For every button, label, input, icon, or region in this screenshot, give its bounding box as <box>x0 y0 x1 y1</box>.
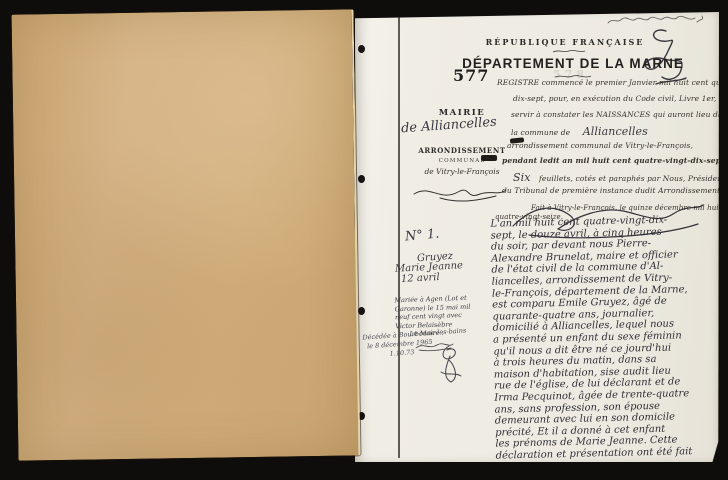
register-page: RÉPUBLIQUE FRANÇAISE DÉPARTEMENT DE LA M… <box>355 12 719 462</box>
mairie-commune-handwritten: de Alliancelles <box>401 115 498 137</box>
registre-line: du Tribunal de première instance dudit A… <box>502 186 723 195</box>
margin-rule <box>398 17 400 458</box>
birth-act-text: L'an mil huit cent quatre-vingt-dix- sep… <box>490 213 727 462</box>
binding-hole <box>358 175 365 183</box>
republic-title: RÉPUBLIQUE FRANÇAISE <box>460 37 670 47</box>
registre-line: dix-sept, pour, en exécution du Code civ… <box>513 94 728 103</box>
arrondissement-name: de Vitry-le-François <box>407 167 517 176</box>
registre-line: REGISTRE commencé le premier Janvier mil… <box>497 78 728 87</box>
registre-line-print: la commune de <box>511 128 570 137</box>
binding-hole <box>358 307 365 315</box>
book-cover <box>12 9 361 460</box>
ink-mark <box>481 155 497 161</box>
registre-line: Six feuillets, cotés et paraphés par Nou… <box>513 171 725 184</box>
registre-line: arrondissement communal de Vitry-le-Fran… <box>507 141 693 150</box>
death-note-paraph <box>435 342 465 386</box>
scanned-register-spread: RÉPUBLIQUE FRANÇAISE DÉPARTEMENT DE LA M… <box>0 0 728 480</box>
act-date: 12 avril <box>401 272 440 285</box>
registre-line: la commune de Alliancelles <box>511 125 648 138</box>
register-number: 577 <box>453 66 489 85</box>
mairie-flourish <box>410 182 510 204</box>
communal-label: COMMUNAL <box>407 158 517 164</box>
registre-line: pendant ledit an mil huit cent quatre-vi… <box>502 156 728 165</box>
binding-hole <box>358 45 365 53</box>
commune-name-handwritten: Alliancelles <box>583 125 648 138</box>
title-divider-ornament <box>551 48 587 54</box>
act-number: N° 1. <box>404 227 440 245</box>
registre-line-print: feuillets, cotés et paraphés par Nous, P… <box>539 174 725 183</box>
registre-line: servir à constater les NAISSANCES qui au… <box>511 110 728 119</box>
arrondissement-label: ARRONDISSEMENT <box>407 146 517 155</box>
